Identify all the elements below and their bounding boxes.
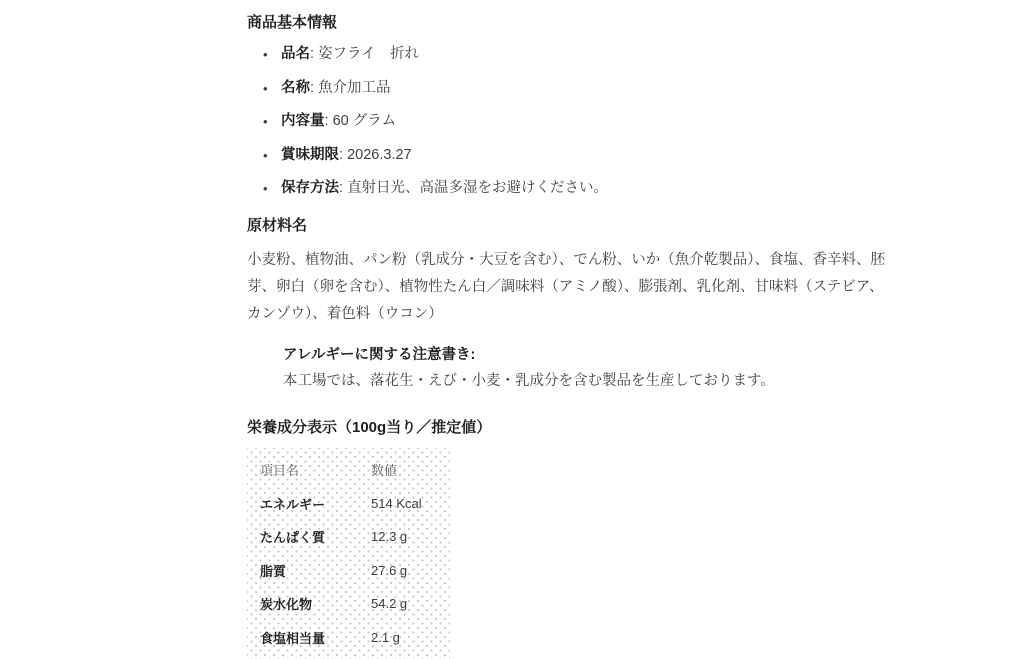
list-item-category: 名称: 魚介加工品 <box>247 78 897 99</box>
item-value: 姿フライ 折れ <box>318 46 419 62</box>
row-label: 食塩相当量 <box>247 628 371 647</box>
list-item-net-content: 内容量: 60 グラム <box>247 111 897 132</box>
section-heading-nutrition: 栄養成分表示（100g当り／推定値） <box>247 420 897 436</box>
item-value: 60 グラム <box>333 113 397 129</box>
ingredients-text: 小麦粉、植物油、パン粉（乳成分・大豆を含む）、でん粉、いか（魚介乾製品）、食塩、… <box>247 247 897 328</box>
item-label: 賞味期限 <box>281 147 339 163</box>
list-item-best-before: 賞味期限: 2026.3.27 <box>247 145 897 166</box>
nutrition-table-header-row: 項目名 数値 <box>247 453 450 487</box>
table-row-fat: 脂質 27.6 g <box>247 554 450 588</box>
item-separator: : <box>310 46 318 62</box>
list-item-product-name: 品名: 姿フライ 折れ <box>247 44 897 65</box>
row-value: 514 Kcal <box>371 496 450 511</box>
row-value: 54.2 g <box>371 596 450 611</box>
row-value: 12.3 g <box>371 529 450 544</box>
item-value: 2026.3.27 <box>347 147 412 163</box>
row-value: 27.6 g <box>371 563 450 578</box>
item-label: 保存方法 <box>281 180 339 196</box>
nutrition-table: 項目名 数値 エネルギー 514 Kcal たんぱく質 12.3 g 脂質 27… <box>247 448 450 659</box>
table-row-carbohydrate: 炭水化物 54.2 g <box>247 587 450 621</box>
table-row-protein: たんぱく質 12.3 g <box>247 520 450 554</box>
item-label: 名称 <box>281 80 310 96</box>
item-value: 直射日光、高温多湿をお避けください。 <box>347 180 608 196</box>
list-item-storage: 保存方法: 直射日光、高温多湿をお避けください。 <box>247 178 897 199</box>
item-separator: : <box>339 147 347 163</box>
item-value: 魚介加工品 <box>318 80 391 96</box>
allergy-note: アレルギーに関する注意書き: 本工場では、落花生・えび・小麦・乳成分を含む製品を… <box>283 342 897 394</box>
column-header-value: 数値 <box>371 460 450 479</box>
allergy-note-label: アレルギーに関する注意書き: <box>283 342 897 368</box>
item-label: 内容量 <box>281 113 325 129</box>
item-separator: : <box>310 80 318 96</box>
row-label: たんぱく質 <box>247 527 371 546</box>
table-row-energy: エネルギー 514 Kcal <box>247 487 450 521</box>
row-label: 炭水化物 <box>247 594 371 613</box>
row-value: 2.1 g <box>371 630 450 645</box>
row-label: 脂質 <box>247 561 371 580</box>
row-label: エネルギー <box>247 494 371 513</box>
section-heading-ingredients: 原材料名 <box>247 218 897 234</box>
product-info-document: 商品基本情報 品名: 姿フライ 折れ 名称: 魚介加工品 内容量: 60 グラム… <box>247 15 897 659</box>
item-label: 品名 <box>281 46 310 62</box>
item-separator: : <box>325 113 333 129</box>
basic-info-list: 品名: 姿フライ 折れ 名称: 魚介加工品 内容量: 60 グラム 賞味期限: … <box>247 44 897 199</box>
allergy-note-text: 本工場では、落花生・えび・小麦・乳成分を含む製品を生産しております。 <box>283 368 897 394</box>
page-background: { "separator": ": ", "colors": { "backgr… <box>0 0 1024 659</box>
column-header-item: 項目名 <box>247 460 371 479</box>
table-row-salt: 食塩相当量 2.1 g <box>247 621 450 655</box>
section-heading-basic-info: 商品基本情報 <box>247 15 897 31</box>
item-separator: : <box>339 180 347 196</box>
